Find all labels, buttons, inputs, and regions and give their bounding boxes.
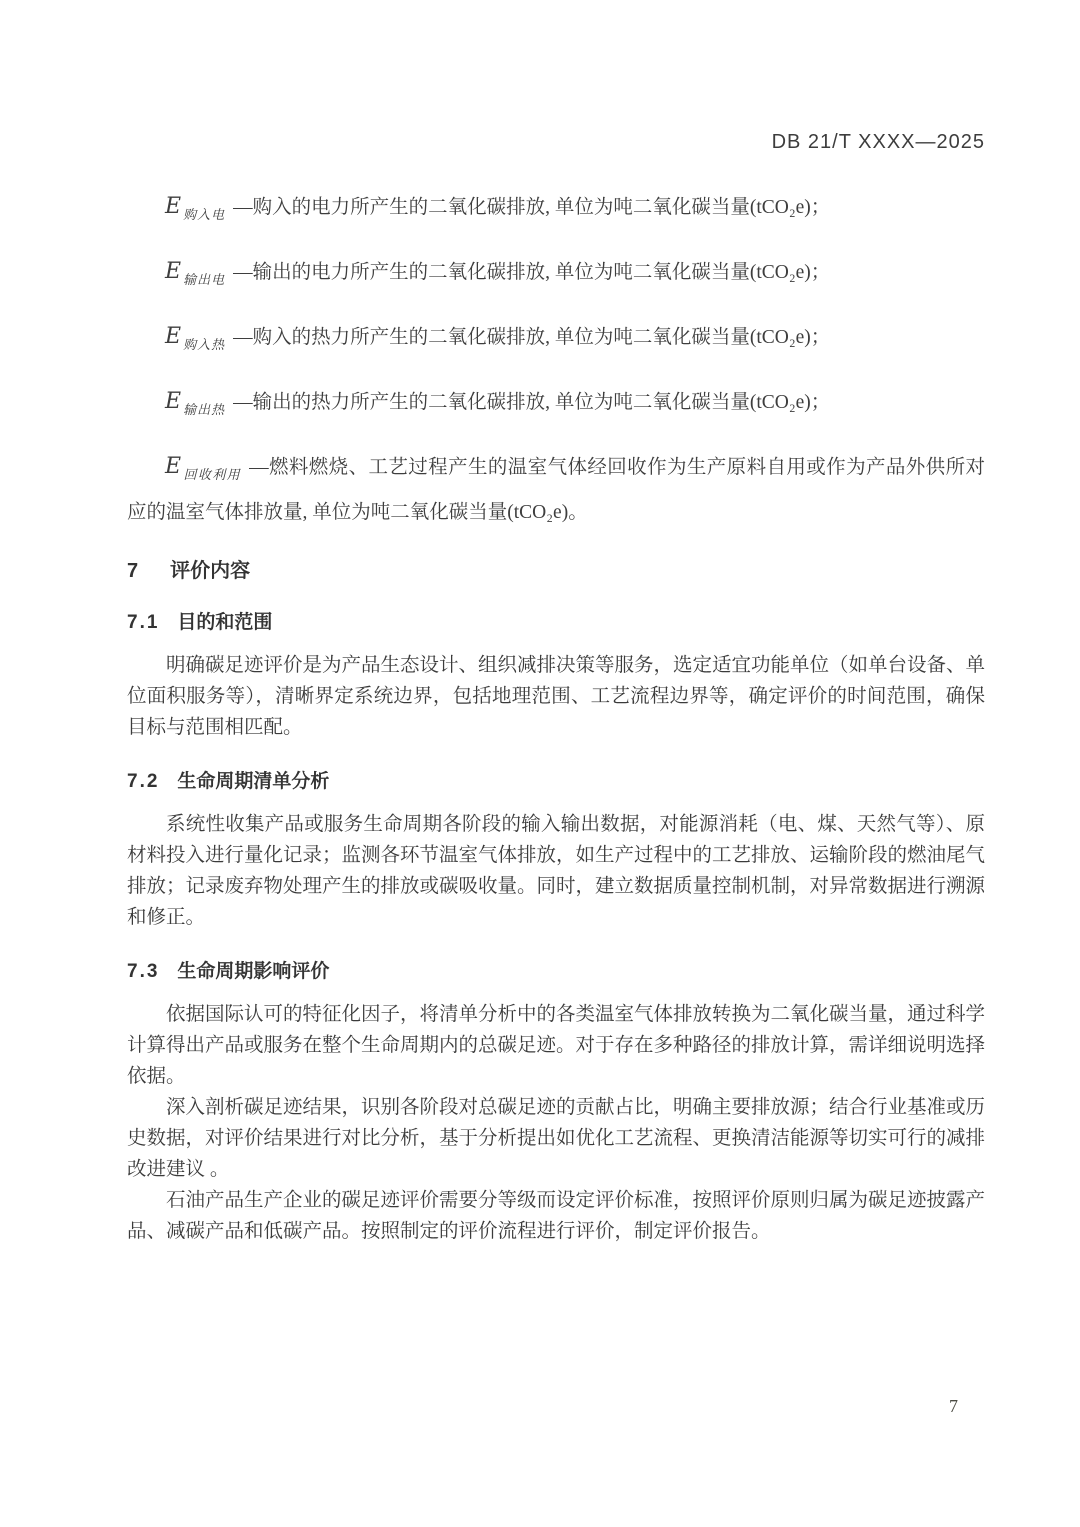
paragraph: 石油产品生产企业的碳足迹评价需要分等级而设定评价标准，按照评价原则归属为碳足迹披… bbox=[127, 1185, 985, 1247]
definition-recovered-utilization: E回收利用—燃料燃烧、工艺过程产生的温室气体经回收作为生产原料自用或作为产品外供… bbox=[127, 448, 985, 532]
subsection-7-1: 7.1目的和范围 明确碳足迹评价是为产品生态设计、组织减排决策等服务，选定适宜功… bbox=[127, 610, 985, 743]
page-number: 7 bbox=[949, 1396, 958, 1417]
section-number: 7 bbox=[127, 560, 138, 582]
subsection-7-3: 7.3生命周期影响评价 依据国际认可的特征化因子，将清单分析中的各类温室气体排放… bbox=[127, 959, 985, 1247]
definition-purchased-heat: E购入热—购入的热力所产生的二氧化碳排放, 单位为吨二氧化碳当量(tCO₂e)； bbox=[127, 318, 985, 364]
symbol-subscript: 回收利用 bbox=[183, 467, 241, 482]
symbol-E: E bbox=[165, 194, 181, 219]
symbol-E: E bbox=[165, 324, 181, 349]
definition-purchased-electricity: E购入电—购入的电力所产生的二氧化碳排放, 单位为吨二氧化碳当量(tCO₂e)； bbox=[127, 188, 985, 234]
symbol-subscript: 购入热 bbox=[183, 337, 225, 352]
definition-exported-heat: E输出热—输出的热力所产生的二氧化碳排放, 单位为吨二氧化碳当量(tCO₂e)； bbox=[127, 383, 985, 429]
symbol-definition-list: E购入电—购入的电力所产生的二氧化碳排放, 单位为吨二氧化碳当量(tCO₂e)；… bbox=[127, 188, 985, 532]
symbol-subscript: 输出热 bbox=[183, 402, 225, 417]
definition-text: —购入的电力所产生的二氧化碳排放, 单位为吨二氧化碳当量(tCO₂e)； bbox=[233, 197, 830, 218]
section-title: 评价内容 bbox=[170, 560, 250, 582]
doc-code-header: DB 21/T XXXX—2025 bbox=[127, 130, 985, 154]
symbol-E: E bbox=[165, 259, 181, 284]
paragraph: 深入剖析碳足迹结果，识别各阶段对总碳足迹的贡献占比，明确主要排放源；结合行业基准… bbox=[127, 1092, 985, 1185]
subsection-heading-7-2: 7.2生命周期清单分析 bbox=[127, 769, 985, 794]
subsection-heading-7-1: 7.1目的和范围 bbox=[127, 610, 985, 635]
definition-text: —购入的热力所产生的二氧化碳排放, 单位为吨二氧化碳当量(tCO₂e)； bbox=[233, 327, 830, 348]
subsection-heading-7-3: 7.3生命周期影响评价 bbox=[127, 959, 985, 984]
subsection-title: 生命周期影响评价 bbox=[177, 961, 329, 982]
definition-text: —输出的热力所产生的二氧化碳排放, 单位为吨二氧化碳当量(tCO₂e)； bbox=[233, 392, 830, 413]
paragraph: 明确碳足迹评价是为产品生态设计、组织减排决策等服务，选定适宜功能单位（如单台设备… bbox=[127, 650, 985, 743]
paragraph: 系统性收集产品或服务生命周期各阶段的输入输出数据，对能源消耗（电、煤、天然气等）… bbox=[127, 809, 985, 933]
subsection-7-2: 7.2生命周期清单分析 系统性收集产品或服务生命周期各阶段的输入输出数据，对能源… bbox=[127, 769, 985, 933]
definition-text: —燃料燃烧、工艺过程产生的温室气体经回收作为生产原料自用或作为产品外供所对应的温… bbox=[127, 457, 985, 523]
symbol-subscript: 输出电 bbox=[183, 272, 225, 287]
symbol-E: E bbox=[165, 454, 181, 479]
definition-text: —输出的电力所产生的二氧化碳排放, 单位为吨二氧化碳当量(tCO₂e)； bbox=[233, 262, 830, 283]
subsection-number: 7.3 bbox=[127, 961, 159, 982]
definition-exported-electricity: E输出电—输出的电力所产生的二氧化碳排放, 单位为吨二氧化碳当量(tCO₂e)； bbox=[127, 253, 985, 299]
subsection-number: 7.1 bbox=[127, 612, 159, 633]
symbol-subscript: 购入电 bbox=[183, 207, 225, 222]
subsection-number: 7.2 bbox=[127, 771, 159, 792]
subsection-title: 目的和范围 bbox=[177, 612, 272, 633]
section-heading-7: 7评价内容 bbox=[127, 558, 985, 584]
symbol-E: E bbox=[165, 389, 181, 414]
subsection-title: 生命周期清单分析 bbox=[177, 771, 329, 792]
document-page: DB 21/T XXXX—2025 E购入电—购入的电力所产生的二氧化碳排放, … bbox=[0, 0, 1080, 1527]
paragraph: 依据国际认可的特征化因子，将清单分析中的各类温室气体排放转换为二氧化碳当量，通过… bbox=[127, 999, 985, 1092]
